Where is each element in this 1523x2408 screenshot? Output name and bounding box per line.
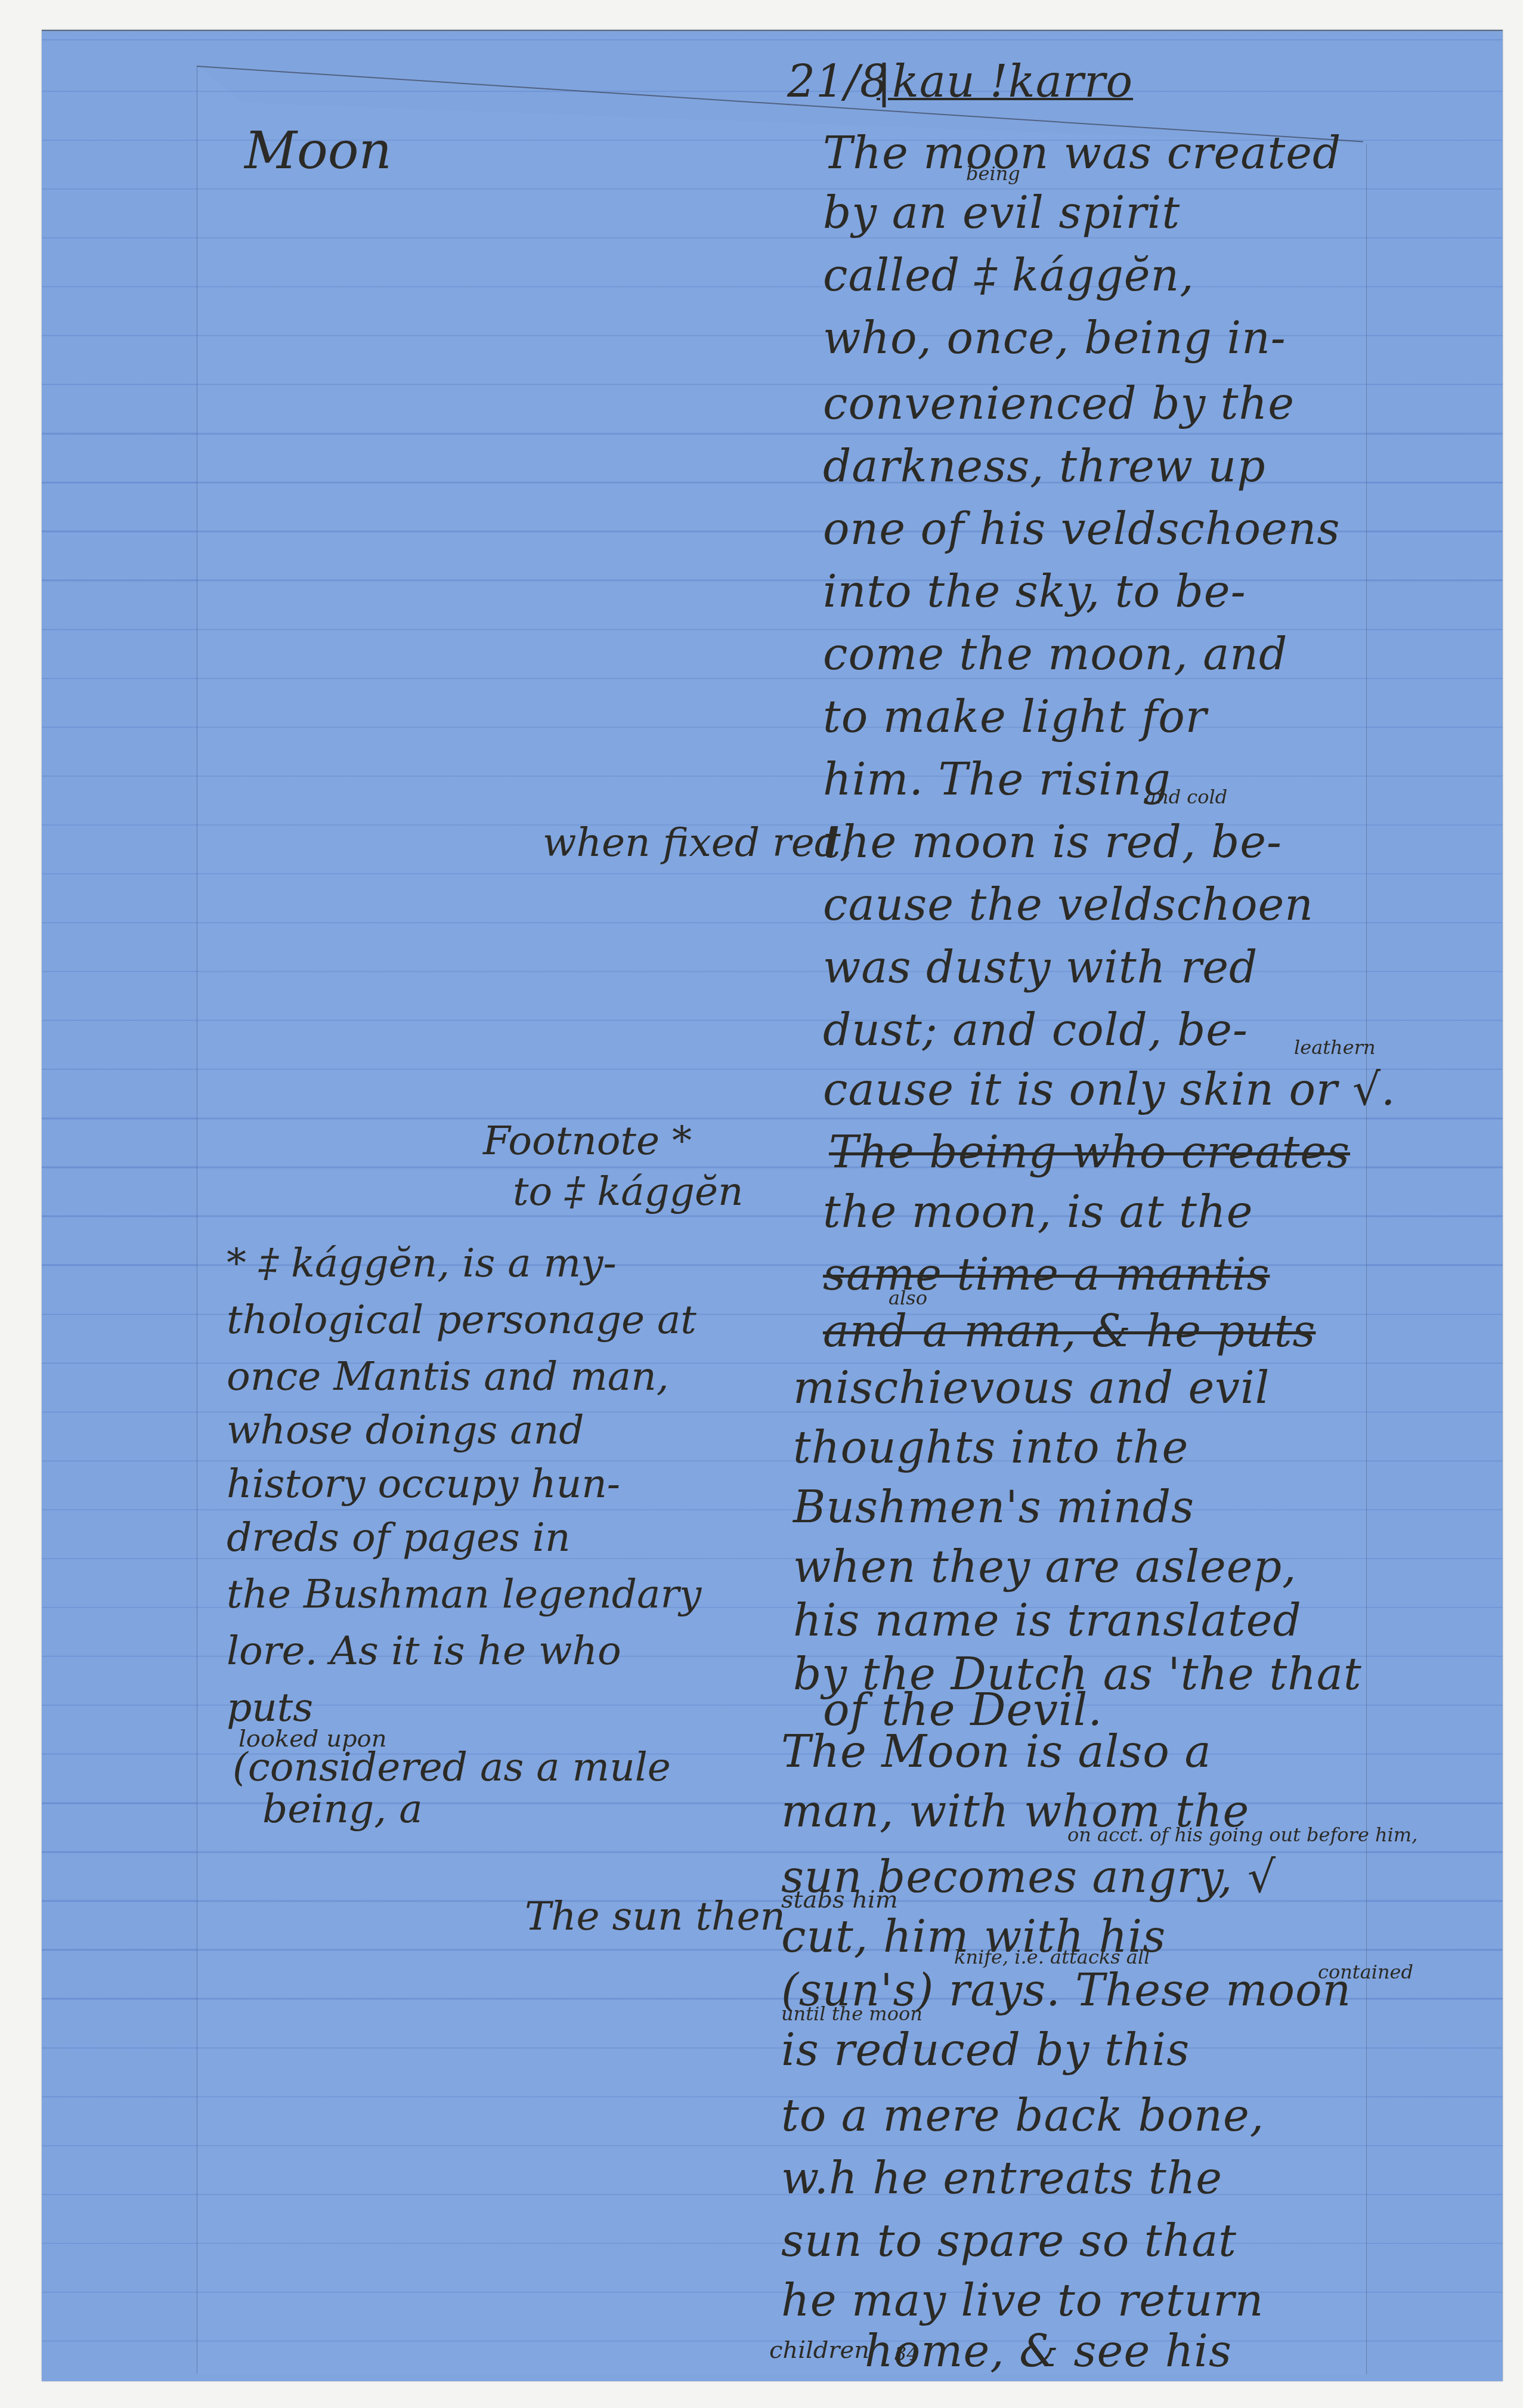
text-line: Bushmen's minds <box>793 1485 1194 1529</box>
insertion-also: also <box>889 1288 927 1307</box>
insertion-and-cold: and cold <box>1145 787 1227 806</box>
text-line: thoughts into the <box>793 1426 1188 1470</box>
text-line: dust; and cold, be- <box>823 1008 1248 1052</box>
text-line: convenienced by the <box>823 382 1295 426</box>
insertion-knife: knife, i.e. attacks all <box>954 1948 1150 1967</box>
insertion-stabs-him: stabs him <box>781 1888 898 1912</box>
text-line: to a mere back bone, <box>781 2094 1264 2138</box>
margin-note-red: when fixed red, <box>543 823 852 863</box>
header-title: |kau !karro <box>877 60 1133 104</box>
text-line: home, & see his <box>865 2329 1232 2373</box>
footnote-line: * ‡ kággĕn, is a my- <box>227 1244 617 1283</box>
footnote-line: puts <box>227 1688 313 1727</box>
bracket-note-line: (considered as a mule <box>233 1748 671 1787</box>
text-line: cause it is only skin or √. <box>823 1068 1396 1112</box>
text-line: who, once, being in- <box>823 316 1286 360</box>
insertion-children: children <box>769 2338 869 2362</box>
footnote-line: lore. As it is he who <box>227 1631 621 1671</box>
text-line: w.h he entreats the <box>781 2156 1222 2200</box>
text-line: was dusty with red <box>823 945 1258 990</box>
insertion-leathern: leathern <box>1294 1038 1376 1057</box>
footnote-target: to ‡ kággĕn <box>513 1172 744 1211</box>
text-line: cause the veldschoen <box>823 883 1314 927</box>
text-line: sun to spare so that <box>781 2219 1237 2263</box>
text-line: one of his veldschoens <box>823 507 1341 551</box>
text-line: him. The rising <box>823 758 1171 802</box>
text-line: come the moon, and <box>823 632 1287 676</box>
struck-text-line: The being who creates <box>829 1130 1350 1174</box>
text-line: darkness, threw up <box>823 444 1266 489</box>
text-line: into the sky, to be- <box>823 570 1246 614</box>
text-line: he may live to return <box>781 2279 1264 2323</box>
text-line: is reduced by this <box>781 2028 1190 2072</box>
text-line: to make light for <box>823 695 1207 739</box>
text-line: The Moon is also a <box>781 1730 1212 1774</box>
text-line: mischievous and evil <box>793 1366 1270 1410</box>
text-line: the moon, is at the <box>823 1190 1253 1234</box>
side-heading-moon: Moon <box>244 125 392 177</box>
footnote-line: dreds of pages in <box>227 1518 570 1557</box>
text-line: called ‡ kággĕn, <box>823 254 1194 298</box>
struck-text-line: and a man, & he puts <box>823 1309 1315 1353</box>
margin-note-sun: The sun then <box>525 1897 785 1936</box>
insertion-until-moon: until the moon <box>781 2004 923 2023</box>
text-line: of the Devil. <box>823 1688 1103 1732</box>
text-line: The moon was created <box>823 131 1341 175</box>
footnote-line: the Bushman legendary <box>227 1575 701 1614</box>
page-reference: 21/8 <box>787 60 889 104</box>
insertion-on-account: on acct. of his going out before him, <box>1067 1825 1417 1844</box>
footnote-line: whose doings and <box>227 1411 584 1450</box>
footnote-line: once Mantis and man, <box>227 1357 669 1396</box>
insertion-being: being <box>966 164 1020 183</box>
text-line: the moon is red, be- <box>823 820 1282 864</box>
footnote-label: Footnote * <box>483 1121 692 1161</box>
footnote-line: history occupy hun- <box>227 1464 620 1504</box>
text-line: when they are asleep, <box>793 1545 1297 1589</box>
text-line: his name is translated <box>793 1599 1302 1643</box>
bracket-note-line: being, a <box>262 1789 422 1829</box>
page-number: 34 <box>894 2344 919 2363</box>
text-line: by an evil spirit <box>823 191 1180 235</box>
footnote-line: thological personage at <box>227 1300 697 1340</box>
